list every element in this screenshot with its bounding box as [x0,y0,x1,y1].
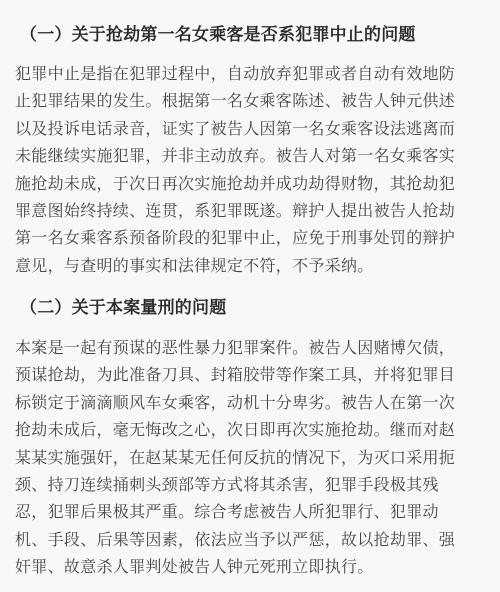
section-1-heading: （一）关于抢劫第一名女乘客是否系犯罪中止的问题 [20,20,416,45]
paragraph-line: 意见，与查明的事实和法律规定不符，不予采纳。 [15,252,490,279]
section-2-heading: （二）关于本案量刑的问题 [20,293,226,318]
paragraph-line: 某某实施强奸，在赵某某无任何反抗的情况下，为灭口采用扼 [15,444,490,471]
paragraph-line: 止犯罪结果的发生。根据第一名女乘客陈述、被告人钟元供述 [15,87,490,114]
paragraph-line: 犯罪中止是指在犯罪过程中，自动放弃犯罪或者自动有效地防 [15,60,490,87]
section-2-paragraph: 本案是一起有预谋的恶性暴力犯罪案件。被告人因赌博欠债， 预谋抢劫，为此准备刀具、… [15,334,490,581]
paragraph-line: 以及投诉电话录音，证实了被告人因第一名女乘客设法逃离而 [15,115,490,142]
paragraph-line: 罪意图始终持续、连贯，系犯罪既遂。辩护人提出被告人抢劫 [15,197,490,224]
paragraph-line: 机、手段、后果等因素，依法应当予以严惩，故以抢劫罪、强 [15,526,490,553]
paragraph-line: 奸罪、故意杀人罪判处被告人钟元死刑立即执行。 [15,553,490,580]
paragraph-line: 标锁定于滴滴顺风车女乘客，动机十分卑劣。被告人在第一次 [15,389,490,416]
paragraph-line: 未能继续实施犯罪，并非主动放弃。被告人对第一名女乘客实 [15,142,490,169]
section-1-paragraph: 犯罪中止是指在犯罪过程中，自动放弃犯罪或者自动有效地防 止犯罪结果的发生。根据第… [15,60,490,279]
document-page: （一）关于抢劫第一名女乘客是否系犯罪中止的问题 犯罪中止是指在犯罪过程中，自动放… [0,0,500,592]
paragraph-line: 抢劫未成后，毫无悔改之心，次日即再次实施抢劫。继而对赵 [15,416,490,443]
paragraph-line: 施抢劫未成，于次日再次实施抢劫并成功劫得财物，其抢劫犯 [15,170,490,197]
paragraph-line: 颈、持刀连续捅刺头颈部等方式将其杀害，犯罪手段极其残 [15,471,490,498]
paragraph-line: 本案是一起有预谋的恶性暴力犯罪案件。被告人因赌博欠债， [15,334,490,361]
paragraph-line: 第一名女乘客系预备阶段的犯罪中止，应免于刑事处罚的辩护 [15,224,490,251]
paragraph-line: 预谋抢劫，为此准备刀具、封箱胶带等作案工具，并将犯罪目 [15,361,490,388]
paragraph-line: 忍，犯罪后果极其严重。综合考虑被告人所犯罪行、犯罪动 [15,498,490,525]
